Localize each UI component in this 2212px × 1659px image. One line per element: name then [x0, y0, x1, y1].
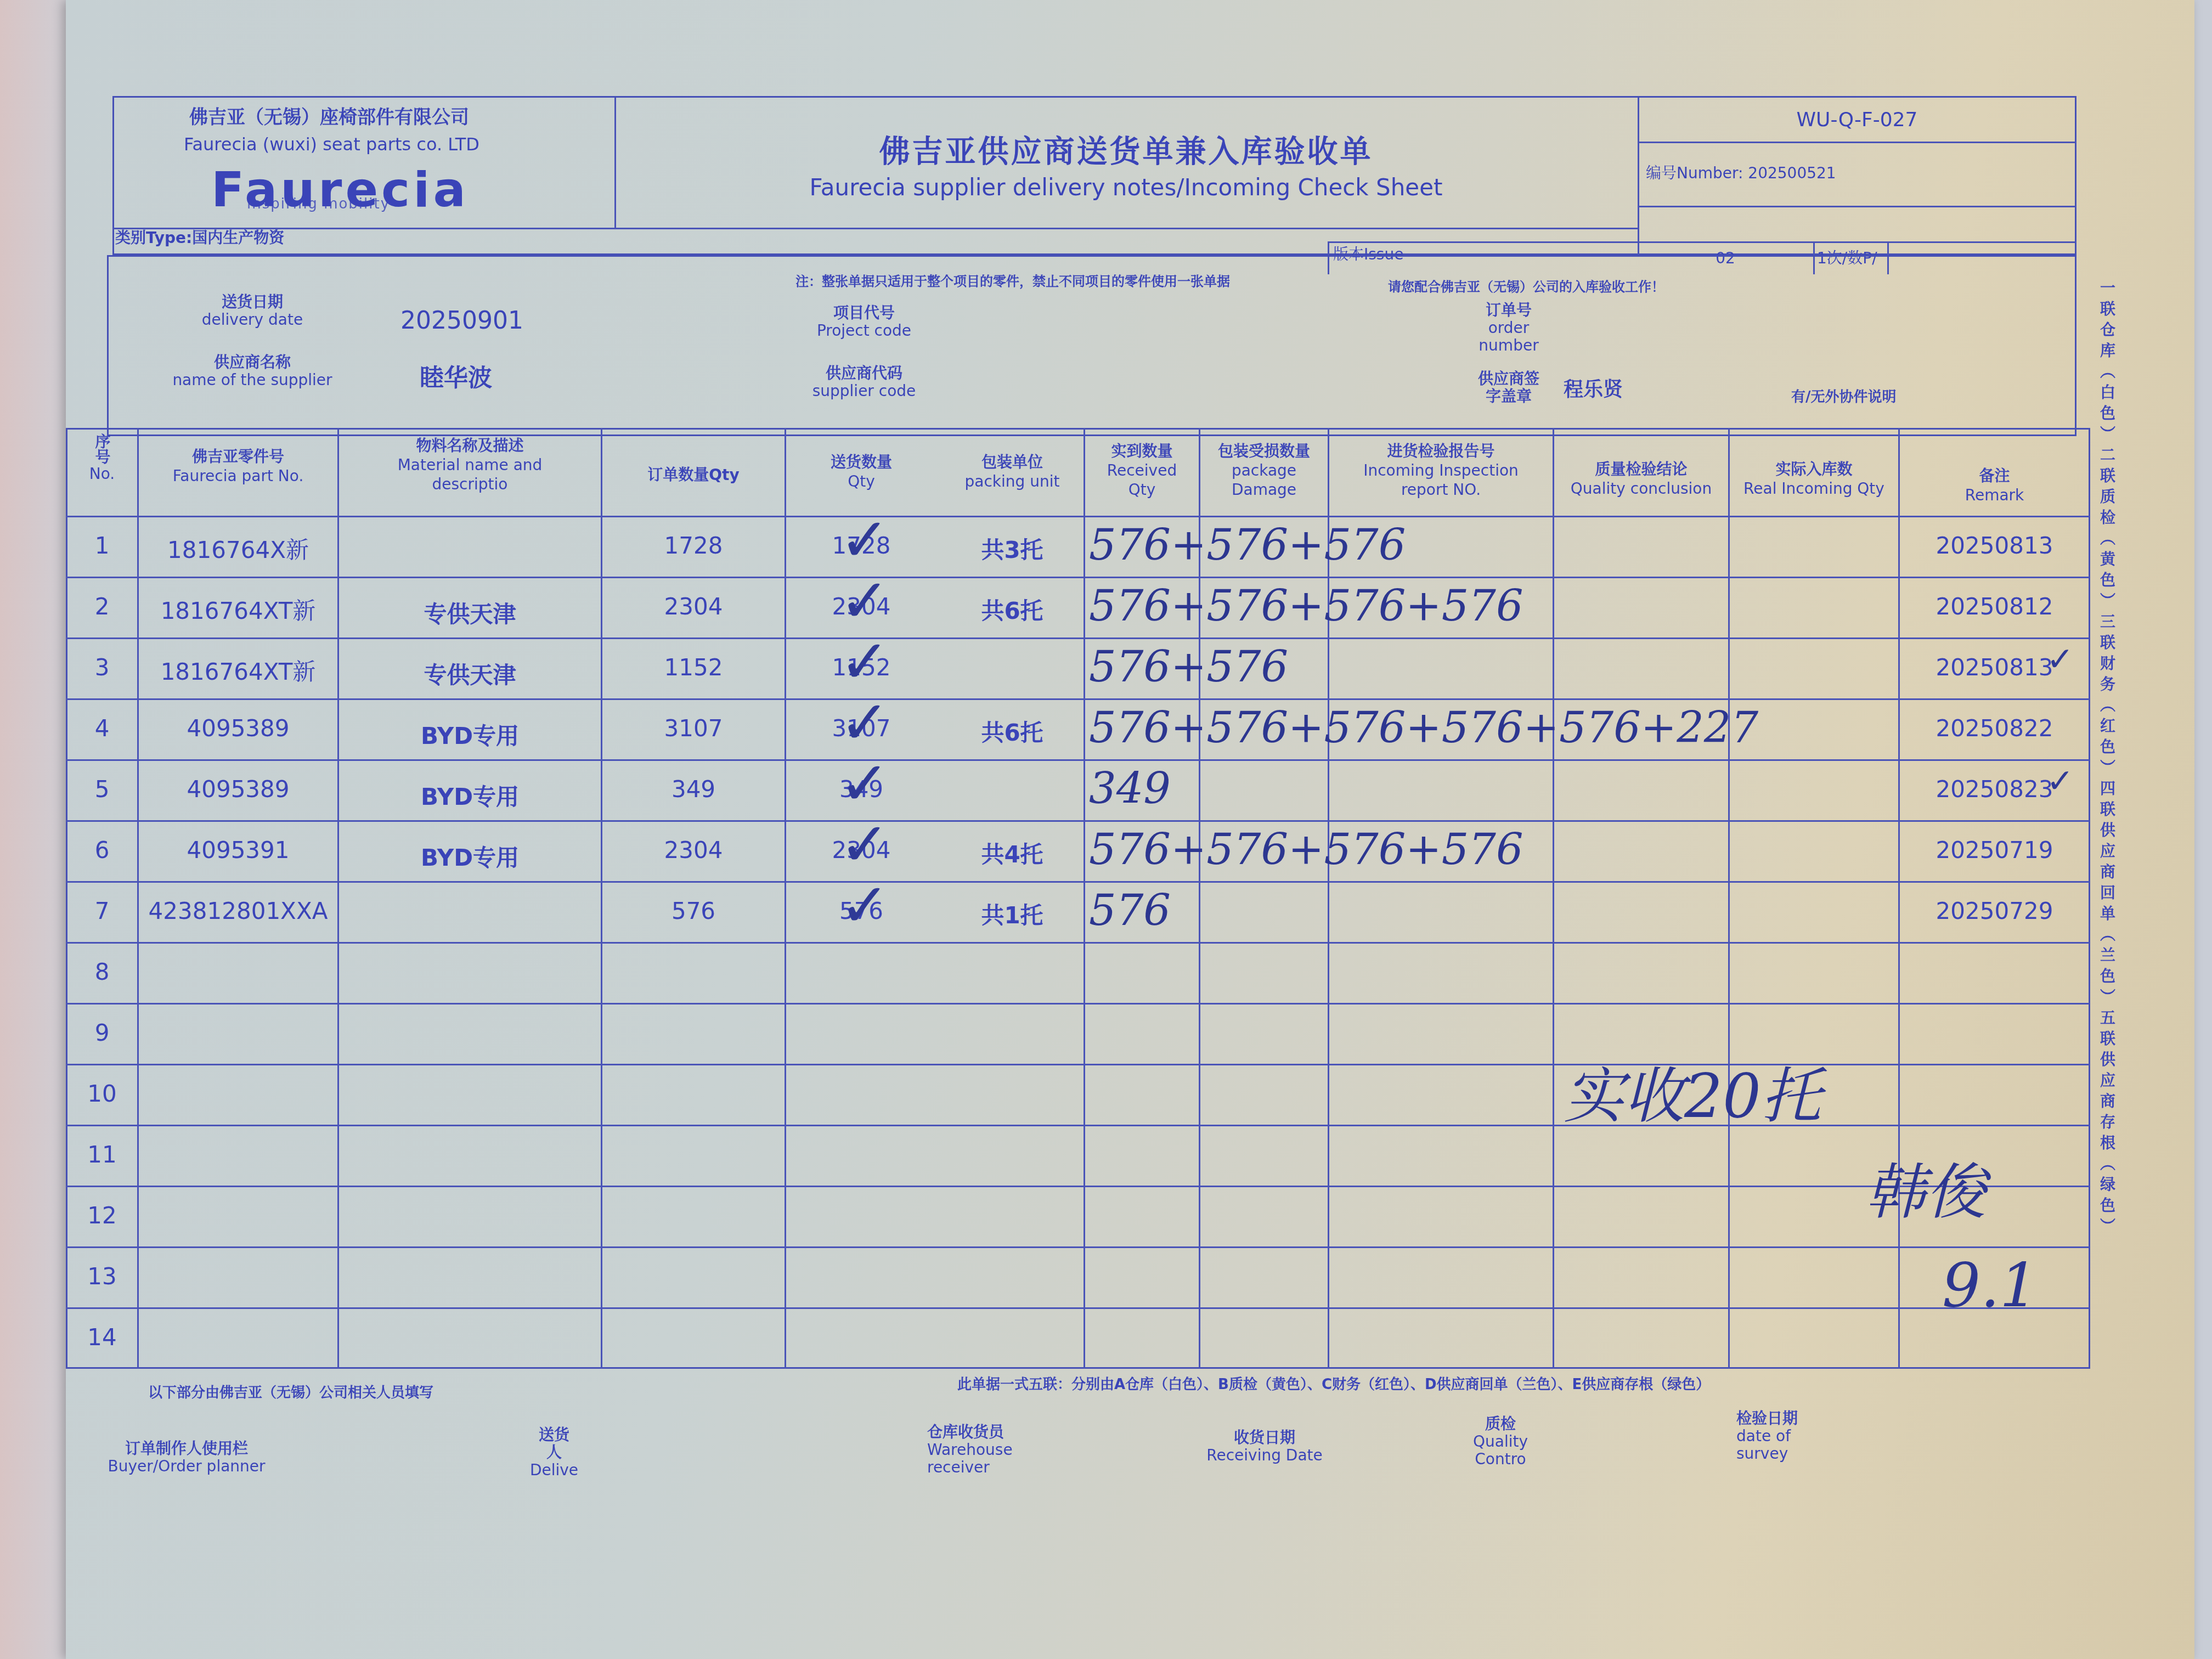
footer-copies-note: 此单据一式五联：分别由A仓库（白色）、B质检（黄色）、C财务（红色）、D供应商回… [957, 1377, 1710, 1393]
supplier-sign-label-cn2: 字盖章 [1459, 388, 1558, 405]
footer-warehouse-cn: 仓库收货员 [927, 1424, 1013, 1441]
notice-right: 请您配合佛吉亚（无锡）公司的入库验收工作！ [1388, 280, 1664, 295]
footer-quality-control: 质检 Quality Contro [1465, 1415, 1536, 1469]
header-delivery-qty: 送货数量 Qty [790, 453, 933, 491]
cell-no: 11 [67, 1141, 137, 1168]
header-packing-unit: 包装单位 packing unit [944, 453, 1081, 491]
cell-received: 576+576+576+576 [1089, 825, 1583, 874]
footer-survey-en1: date of [1736, 1427, 1798, 1445]
header-material-en1: Material name and [339, 455, 601, 475]
header-damage-en2: Damage [1200, 480, 1328, 499]
order-number-label: 订单号 order number [1459, 302, 1558, 355]
cell-remark: 20250719 [1900, 837, 2089, 864]
col-line-part [337, 428, 339, 1369]
delivery-check-mark-icon: ✓ [839, 627, 890, 697]
supplier-name-label: 供应商名称 name of the supplier [154, 354, 351, 389]
footer-receiving-date: 收货日期 Receiving Date [1196, 1429, 1333, 1464]
footer-warehouse-en2: receiver [927, 1459, 1013, 1476]
cell-packing: 共1托 [944, 898, 1081, 930]
row-line [66, 1003, 2090, 1005]
cell-no: 7 [67, 898, 137, 924]
footer-quality-cn: 质检 [1465, 1415, 1536, 1433]
header-damage-cn: 包装受损数量 [1200, 442, 1328, 461]
number-value: 202500521 [1748, 164, 1836, 182]
row-line [66, 1186, 2090, 1187]
delivery-date-label: 送货日期 delivery date [181, 294, 324, 329]
company-name-cn: 佛吉亚（无锡）座椅部件有限公司 [189, 107, 469, 128]
remark-check-mark-icon: ✓ [2046, 762, 2074, 800]
header-received-en2: Qty [1085, 480, 1199, 499]
cell-packing: 共4托 [944, 837, 1081, 870]
footer-deliverer-cn1: 送货 [521, 1426, 587, 1444]
table-header-line [66, 516, 2090, 517]
cell-material: BYD专用 [339, 840, 601, 873]
header-received-qty: 实到数量 Received Qty [1085, 442, 1199, 499]
header-report-cn: 进货检验报告号 [1329, 442, 1553, 461]
supplier-sign-label: 供应商签 字盖章 [1459, 370, 1558, 405]
footer-survey-date: 检验日期 date of survey [1736, 1410, 1798, 1463]
header-packing-en: packing unit [944, 472, 1081, 491]
cell-order-qty: 2304 [602, 593, 785, 620]
cell-no: 6 [67, 837, 137, 864]
footer-quality-en1: Quality [1465, 1433, 1536, 1451]
number-label: 编号Number: 202500521 [1646, 165, 1836, 182]
cell-received: 576+576+576+576 [1089, 582, 1583, 631]
supplier-code-label-en: supplier code [790, 382, 938, 400]
cell-material: BYD专用 [339, 718, 601, 751]
cell-received: 576+576+576 [1089, 521, 1583, 570]
handwritten-date: 9.1 [1942, 1251, 2038, 1321]
cell-material: 专供天津 [339, 596, 601, 629]
header-packing-cn: 包装单位 [944, 453, 1081, 472]
footer-deliverer: 送货 人 Delive [521, 1426, 587, 1480]
issue-row-line [1328, 241, 2076, 243]
company-name-en: Faurecia (wuxi) seat parts co. LTD [184, 134, 479, 155]
logo-tagline: inspiring mobility [247, 196, 390, 213]
cell-order-qty: 576 [602, 898, 785, 924]
footer-buyer-en: Buyer/Order planner [82, 1458, 291, 1475]
cell-remark: 20250822 [1900, 715, 2089, 742]
supplier-code-label: 供应商代码 supplier code [790, 365, 938, 400]
cell-part: 4095389 [139, 715, 337, 742]
row-line [66, 759, 2090, 761]
cell-packing: 共6托 [944, 715, 1081, 748]
footer-receiving-en: Receiving Date [1196, 1447, 1333, 1464]
cell-no: 13 [67, 1263, 137, 1290]
cell-no: 8 [67, 958, 137, 985]
cell-order-qty: 1728 [602, 532, 785, 559]
supplier-name-label-cn: 供应商名称 [154, 354, 351, 371]
delivery-check-mark-icon: ✓ [839, 687, 890, 758]
col-line-order [785, 428, 786, 1369]
header-no: 序号 No. [67, 433, 137, 483]
cell-remark: 20250812 [1900, 593, 2089, 620]
supplier-code-label-cn: 供应商代码 [790, 365, 938, 382]
header-material-en2: descriptio [339, 475, 601, 494]
header-quality-en: Quality conclusion [1554, 479, 1728, 498]
header-remark-en: Remark [1900, 486, 2089, 505]
cell-part: 4095391 [139, 837, 337, 864]
cell-no: 12 [67, 1202, 137, 1229]
cell-order-qty: 3107 [602, 715, 785, 742]
cell-remark: 20250729 [1900, 898, 2089, 924]
header-package-damage: 包装受损数量 package Damage [1200, 442, 1328, 499]
cell-no: 5 [67, 776, 137, 803]
header-delivery-qty-cn: 送货数量 [790, 453, 933, 472]
cell-received: 576+576 [1089, 642, 1583, 692]
number-label-text: 编号Number: [1646, 164, 1743, 182]
footer-buyer: 订单制作人使用栏 Buyer/Order planner [82, 1440, 291, 1475]
header-remark: 备注 Remark [1900, 466, 2089, 505]
delivery-date-label-en: delivery date [181, 311, 324, 329]
supplier-sign-label-cn1: 供应商签 [1459, 370, 1558, 388]
document-title-cn: 佛吉亚供应商送货单兼入库验收单 [614, 134, 1638, 170]
cell-part: 4095389 [139, 776, 337, 803]
cell-packing: 共3托 [944, 532, 1081, 565]
cell-no: 1 [67, 532, 137, 559]
header-received-en1: Received [1085, 461, 1199, 480]
footer-deliverer-en: Delive [521, 1462, 587, 1479]
delivery-check-mark-icon: ✓ [839, 870, 890, 940]
footer-buyer-cn: 订单制作人使用栏 [82, 1440, 291, 1458]
document-title-en: Faurecia supplier delivery notes/Incomin… [614, 174, 1638, 201]
cell-no: 2 [67, 593, 137, 620]
header-real-cn: 实际入库数 [1730, 460, 1898, 479]
project-code-label-cn: 项目代号 [795, 304, 933, 322]
code-row-line-2 [1638, 206, 2076, 207]
form-code: WU-Q-F-027 [1638, 109, 2076, 131]
delivery-check-mark-icon: ✓ [839, 748, 890, 819]
cell-order-qty: 2304 [602, 837, 785, 864]
cell-no: 10 [67, 1080, 137, 1107]
header-order-qty: 订单数量Qty [602, 465, 785, 484]
supplier-sign-value: 程乐贤 [1564, 379, 1623, 401]
supplier-name-value: 睦华波 [420, 365, 492, 393]
delivery-date-value: 20250901 [400, 307, 523, 335]
row-line [66, 1307, 2090, 1309]
col-line-quality [1728, 428, 1730, 1369]
cell-received: 349 [1089, 764, 1583, 814]
cell-part: 1816764XT新 [139, 654, 337, 687]
notice-left: 注：整张单据只适用于整个项目的零件，禁止不同项目的零件使用一张单据 [795, 274, 1230, 290]
header-damage-en1: package [1200, 461, 1328, 480]
cell-part: 423812801XXA [139, 898, 337, 924]
header-quality-conclusion: 质量检验结论 Quality conclusion [1554, 460, 1728, 498]
footer-fill-note: 以下部分由佛吉亚（无锡）公司相关人员填写 [148, 1385, 433, 1402]
row-line [66, 577, 2090, 578]
cell-no: 14 [67, 1324, 137, 1351]
header-report-en2: report NO. [1329, 480, 1553, 499]
footer-warehouse-en1: Warehouse [927, 1441, 1013, 1459]
cell-packing: 共6托 [944, 593, 1081, 626]
supplier-name-label-en: name of the supplier [154, 371, 351, 389]
header-remark-cn: 备注 [1900, 466, 2089, 486]
cell-received: 576 [1089, 886, 1583, 935]
cell-material: 专供天津 [339, 657, 601, 690]
footer-warehouse: 仓库收货员 Warehouse receiver [927, 1424, 1013, 1477]
row-line [66, 820, 2090, 822]
header-material: 物料名称及描述 Material name and descriptio [339, 436, 601, 494]
cell-remark: 20250813 [1900, 532, 2089, 559]
delivery-check-mark-icon: ✓ [839, 566, 890, 636]
row-line [66, 637, 2090, 639]
cell-received: 576+576+576+576+576+227 [1089, 703, 1583, 753]
row-line [66, 698, 2090, 700]
header-no-en: No. [67, 464, 137, 483]
code-row-line-1 [1638, 142, 2076, 143]
order-number-label-cn: 订单号 [1459, 302, 1558, 319]
header-material-cn: 物料名称及描述 [339, 436, 601, 455]
delivery-check-mark-icon: ✓ [839, 505, 890, 575]
cell-no: 4 [67, 715, 137, 742]
row-line [66, 881, 2090, 883]
remark-check-mark-icon: ✓ [2046, 640, 2074, 679]
order-number-label-en2: number [1459, 337, 1558, 354]
delivery-date-label-cn: 送货日期 [181, 294, 324, 311]
project-code-label-en: Project code [795, 322, 933, 340]
col-line-delivery [1084, 428, 1085, 1369]
header-real-incoming: 实际入库数 Real Incoming Qty [1730, 460, 1898, 498]
header-type-line [112, 228, 1639, 229]
backdrop-left [0, 0, 77, 1659]
document-type: 类别Type:国内生产物资 [115, 229, 284, 247]
header-quality-cn: 质量检验结论 [1554, 460, 1728, 479]
footer-quality-en2: Contro [1465, 1451, 1536, 1468]
header-no-cn: 序号 [93, 433, 112, 464]
footer-survey-en2: survey [1736, 1445, 1798, 1463]
handwritten-received-note: 实收20托 [1564, 1062, 1821, 1131]
header-inspection-report: 进货检验报告号 Incoming Inspection report NO. [1329, 442, 1553, 499]
attachment-note: 有/无外协件说明 [1791, 390, 1897, 406]
footer-deliverer-cn2: 人 [521, 1444, 587, 1462]
cell-part: 1816764XT新 [139, 593, 337, 626]
header-delivery-qty-en: Qty [790, 472, 933, 491]
side-copies-note: 一联仓库（白色）二联质检（黄色）三联财务（红色）四联供应商回单（兰色）五联供应商… [2096, 280, 2118, 1240]
footer-receiving-cn: 收货日期 [1196, 1429, 1333, 1447]
cell-no: 3 [67, 654, 137, 681]
handwritten-signature: 韩俊 [1865, 1158, 1986, 1227]
header-part-en: Faurecia part No. [139, 466, 337, 486]
order-number-label-en1: order [1459, 319, 1558, 337]
footer-survey-cn: 检验日期 [1736, 1410, 1798, 1427]
row-line [66, 1246, 2090, 1248]
header-part-cn: 佛吉亚零件号 [139, 447, 337, 466]
cell-part: 1816764X新 [139, 532, 337, 565]
row-line [66, 942, 2090, 944]
header-report-en1: Incoming Inspection [1329, 461, 1553, 480]
project-code-label: 项目代号 Project code [795, 304, 933, 340]
cell-no: 9 [67, 1019, 137, 1046]
header-part-no: 佛吉亚零件号 Faurecia part No. [139, 447, 337, 486]
cell-order-qty: 349 [602, 776, 785, 803]
header-real-en: Real Incoming Qty [1730, 479, 1898, 498]
header-received-cn: 实到数量 [1085, 442, 1199, 461]
delivery-check-mark-icon: ✓ [839, 809, 890, 879]
cell-order-qty: 1152 [602, 654, 785, 681]
cell-material: BYD专用 [339, 779, 601, 812]
